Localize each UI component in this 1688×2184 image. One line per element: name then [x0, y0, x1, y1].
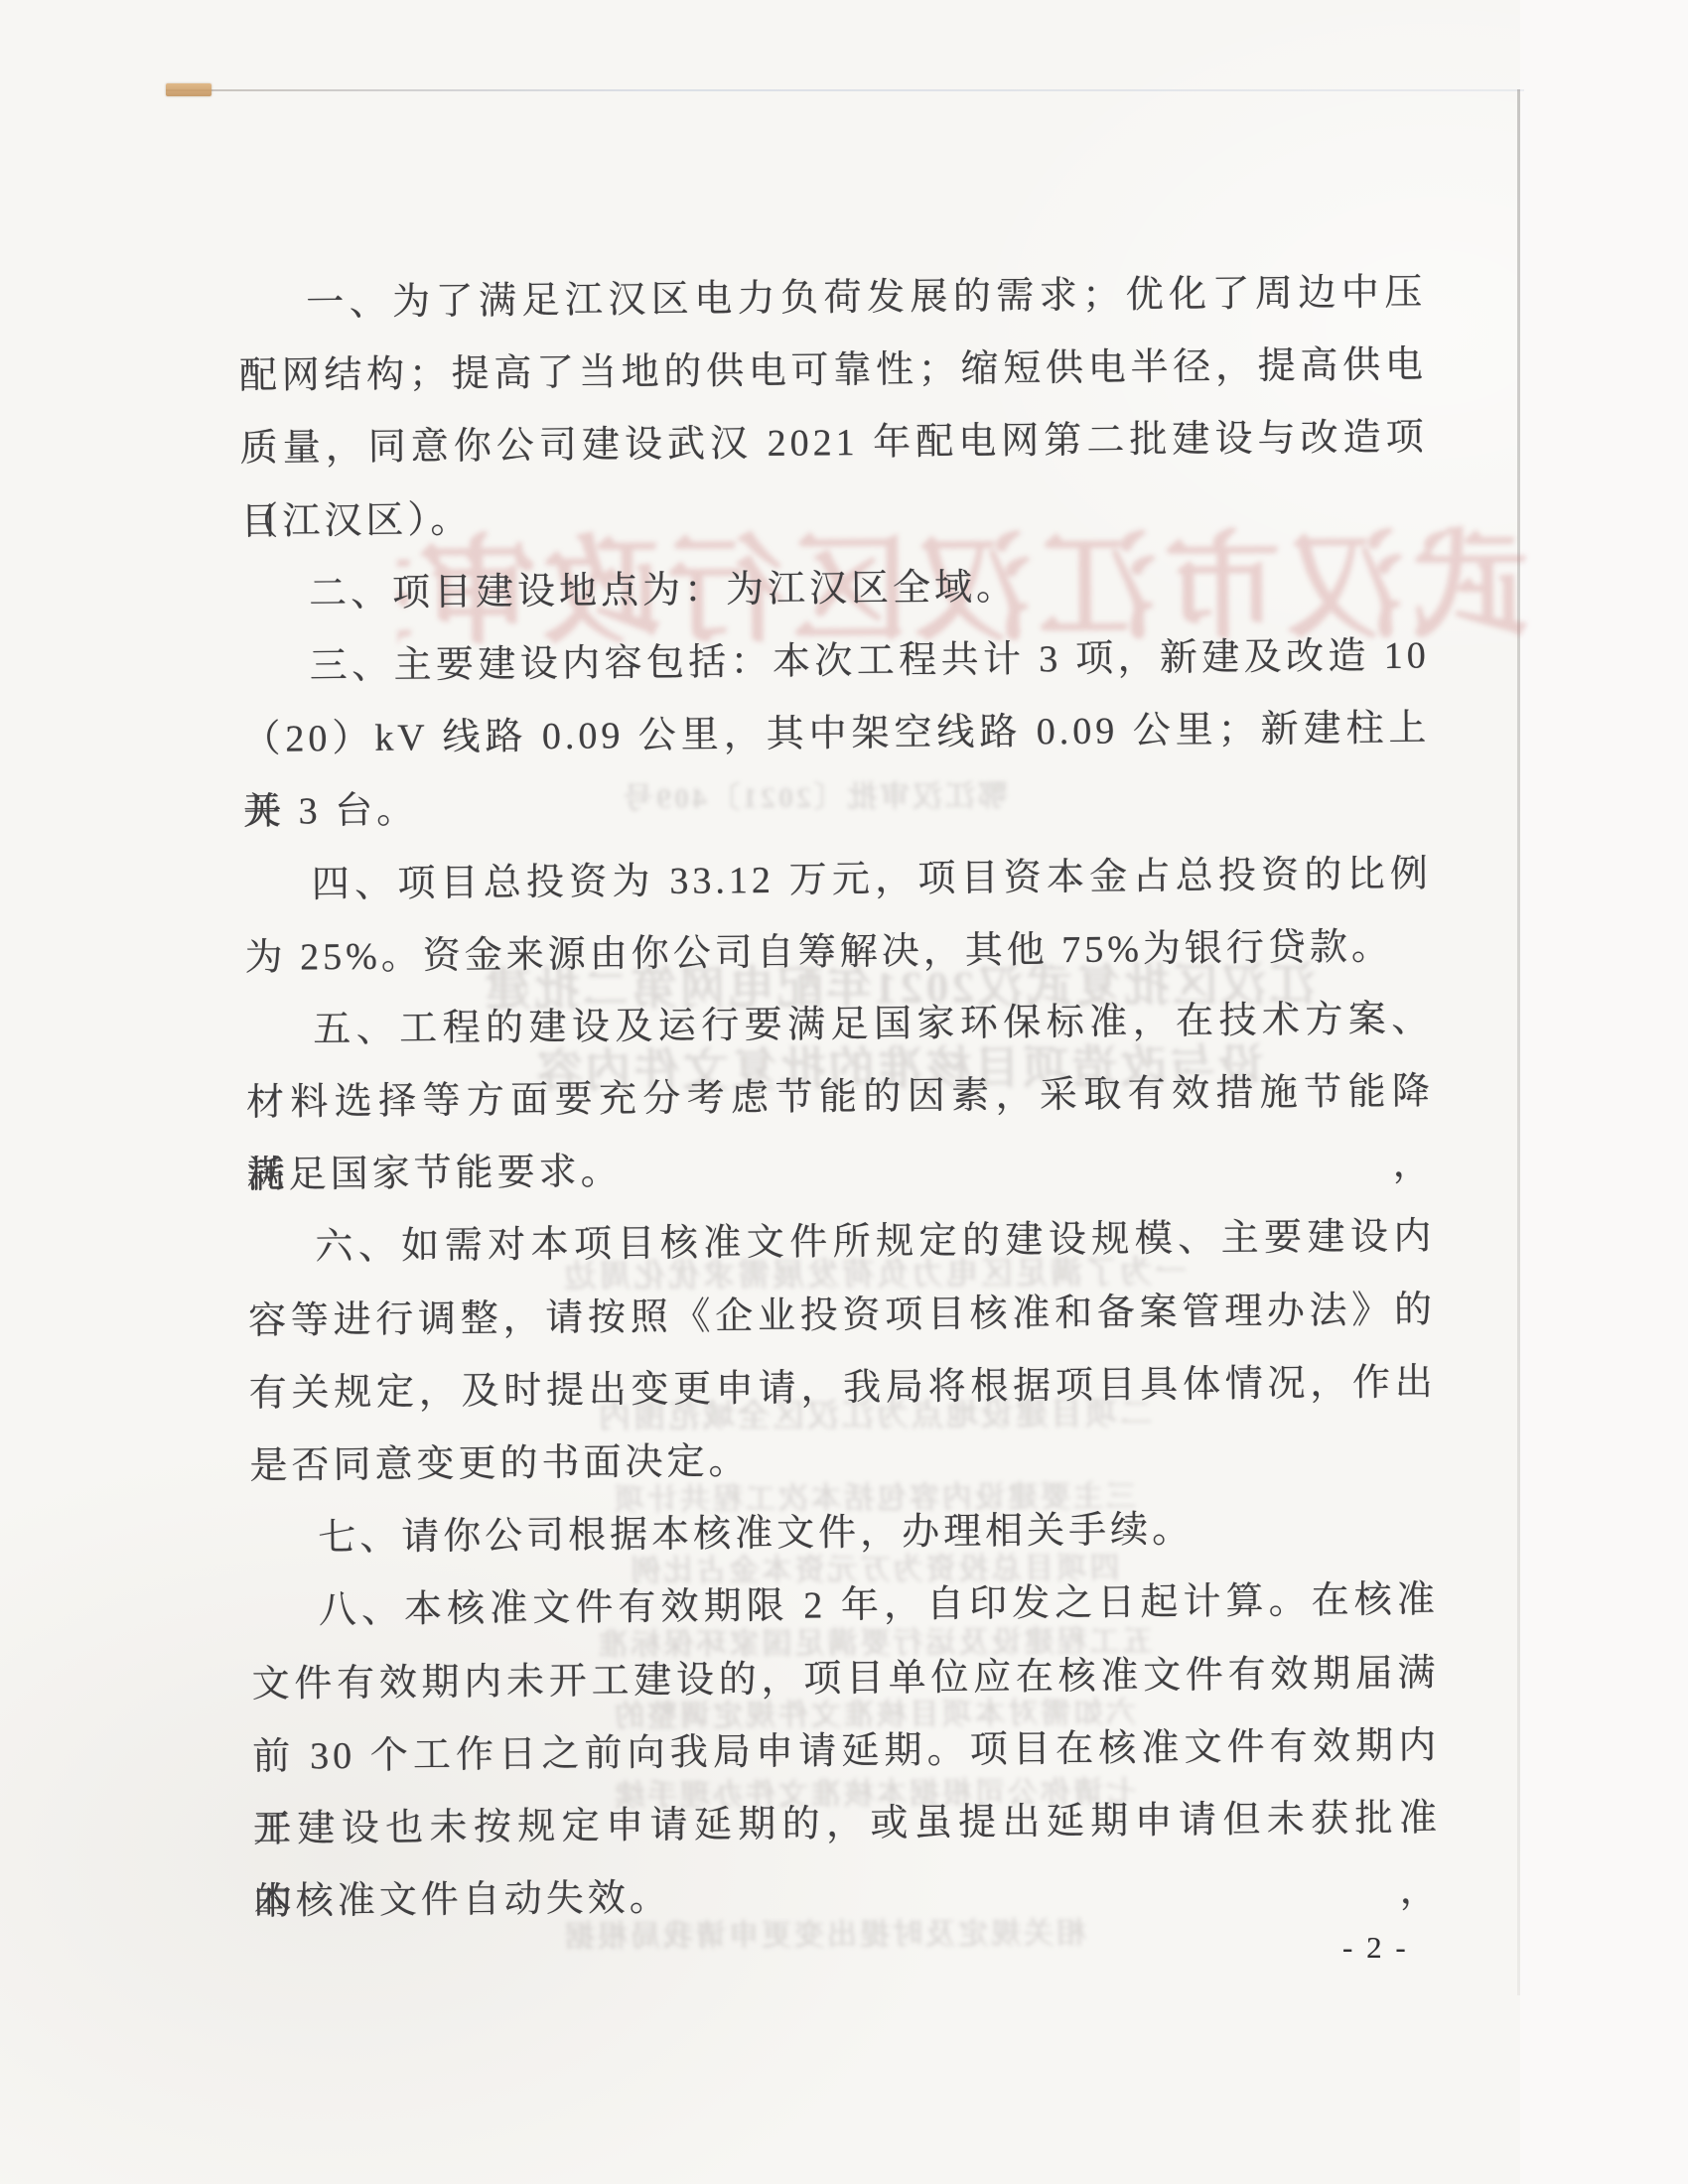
document-line: 工建设也未按规定申请延期的，或虽提出延期申请但未获批准的， — [253, 1782, 1442, 1866]
document-line: 关 3 台。 — [243, 765, 1432, 850]
document-line: 前 30 个工作日之前向我局申请延期。项目在核准文件有效期内开 — [252, 1709, 1441, 1794]
document-line: 配网结构；提高了当地的供电可靠性；缩短供电半径，提高供电 — [239, 330, 1428, 414]
tape-mark — [166, 83, 211, 96]
document-line: 二、项目建设地点为：为江汉区全域。 — [241, 547, 1430, 631]
document-line: 一、为了满足江汉区电力负荷发展的需求；优化了周边中压 — [238, 257, 1427, 341]
scanned-page: 武汉市江汉区行政审批局鄂江汉审批〔2021〕409号江汉区批复武汉2021年配电… — [0, 0, 1688, 2184]
document-line: 五、工程的建设及运行要满足国家环保标准，在技术方案、 — [245, 983, 1434, 1067]
page-right-edge — [1517, 89, 1520, 1995]
document-line: 容等进行调整，请按照《企业投资项目核准和备案管理办法》的 — [248, 1274, 1437, 1358]
scan-background-strip — [1520, 0, 1688, 2184]
document-line: 七、请你公司根据本核准文件，办理相关手续。 — [250, 1492, 1439, 1576]
page-number: - 2 - — [1342, 1930, 1409, 1966]
page-top-edge — [166, 89, 1524, 91]
document-line: （20）kV 线路 0.09 公里，其中架空线路 0.09 公里；新建柱上开 — [242, 693, 1431, 777]
document-line: 六、如需对本项目核准文件所规定的建设规模、主要建设内 — [247, 1201, 1436, 1286]
document-body: 一、为了满足江汉区电力负荷发展的需求；优化了周边中压配网结构；提高了当地的供电可… — [238, 257, 1442, 1940]
document-line: （江汉区）。 — [240, 475, 1429, 559]
document-line: 四、项目总投资为 33.12 万元，项目资本金占总投资的比例 — [244, 838, 1433, 922]
document-line: 有关规定，及时提出变更申请，我局将根据项目具体情况，作出 — [248, 1346, 1437, 1431]
document-line: 八、本核准文件有效期限 2 年，自印发之日起计算。在核准 — [251, 1565, 1440, 1649]
document-line: 材料选择等方面要充分考虑节能的因素，采取有效措施节能降耗， — [246, 1056, 1435, 1141]
document-line: 质量，同意你公司建设武汉 2021 年配电网第二批建设与改造项目 — [239, 402, 1428, 486]
document-line: 三、主要建设内容包括：本次工程共计 3 项，新建及改造 10 — [241, 619, 1430, 704]
document-line: 为 25%。资金来源由你公司自筹解决，其他 75%为银行贷款。 — [244, 910, 1433, 995]
document-line: 是否同意变更的书面决定。 — [249, 1420, 1438, 1504]
document-line: 文件有效期内未开工建设的，项目单位应在核准文件有效期届满 — [251, 1637, 1440, 1721]
